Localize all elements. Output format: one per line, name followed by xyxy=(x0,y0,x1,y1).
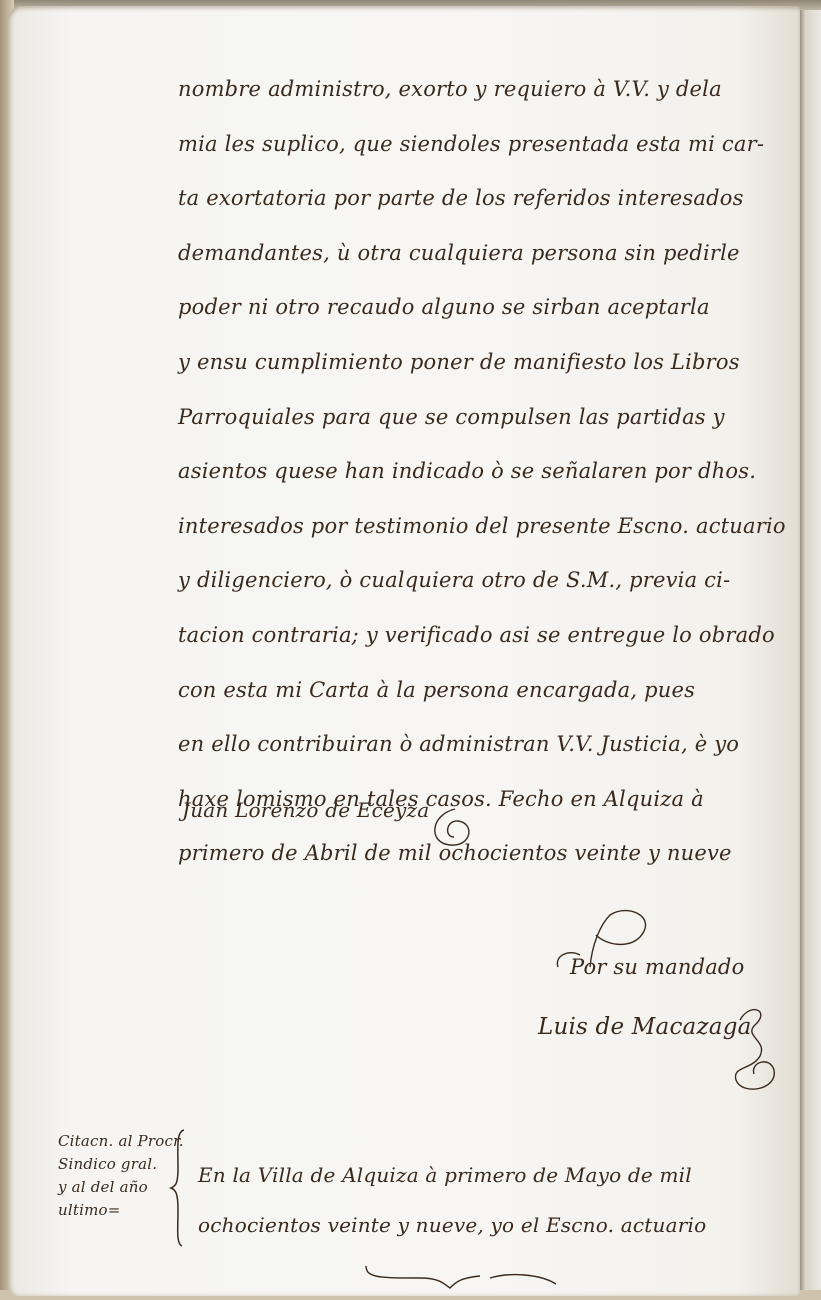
attestation-por-su-mandado: Por su mandado xyxy=(570,955,744,979)
body-line: en ello contribuiran ò administran V.V. … xyxy=(178,717,790,772)
main-body-text: nombre administro, exorto y requiero à V… xyxy=(178,62,790,881)
body-line: asientos quese han indicado ò se señalar… xyxy=(178,444,790,499)
body-line: ta exortatoria por parte de los referido… xyxy=(178,171,790,226)
signature-juan-lorenzo: Juan Lorenzo de Eceyza xyxy=(182,798,429,822)
body-line: interesados por testimonio del presente … xyxy=(178,499,790,554)
body-line: demandantes, ù otra cualquiera persona s… xyxy=(178,226,790,281)
rubric-flourish-icon xyxy=(720,1000,780,1095)
body-line: poder ni otro recaudo alguno se sirban a… xyxy=(178,280,790,335)
curly-brace-icon xyxy=(168,1128,190,1248)
body-line: nombre administro, exorto y requiero à V… xyxy=(178,62,790,117)
signature-flourish-icon xyxy=(420,805,480,850)
margin-note-line: y al del año xyxy=(58,1176,178,1199)
margin-note-line: ultimo= xyxy=(58,1199,178,1222)
body-line: y ensu cumplimiento poner de manifiesto … xyxy=(178,335,790,390)
body-line: con esta mi Carta à la persona encargada… xyxy=(178,663,790,718)
body-line: tacion contraria; y verificado asi se en… xyxy=(178,608,790,663)
entry-line: ochocientos veinte y nueve, yo el Escno.… xyxy=(198,1200,798,1250)
body-line: mia les suplico, que siendoles presentad… xyxy=(178,117,790,172)
margin-note-line: Citacn. al Procr. xyxy=(58,1130,178,1153)
new-entry-text: En la Villa de Alquiza à primero de Mayo… xyxy=(198,1150,798,1250)
body-line: y diligenciero, ò cualquiera otro de S.M… xyxy=(178,553,790,608)
margin-note-line: Sindico gral. xyxy=(58,1153,178,1176)
margin-note: Citacn. al Procr. Sindico gral. y al del… xyxy=(58,1130,178,1222)
body-line: primero de Abril de mil ochocientos vein… xyxy=(178,826,790,881)
adjacent-page-edge xyxy=(800,10,821,1300)
entry-line: En la Villa de Alquiza à primero de Mayo… xyxy=(198,1150,798,1200)
catchword-flourish-icon xyxy=(360,1262,560,1292)
body-line: Parroquiales para que se compulsen las p… xyxy=(178,390,790,445)
